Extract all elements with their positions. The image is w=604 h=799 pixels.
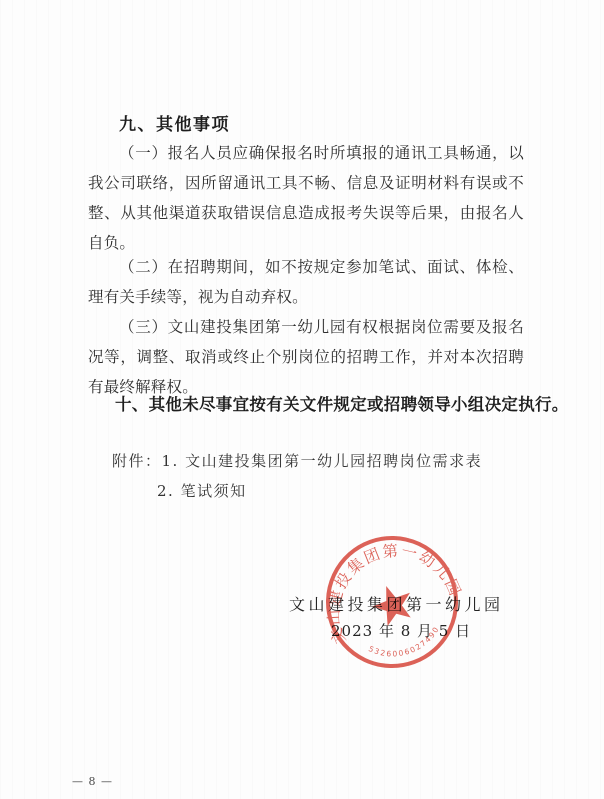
paragraph-three: （三）文山建投集团第一幼儿园有权根据岗位需要及报名情 况等，调整、取消或终止个别… [88, 312, 524, 402]
section-heading-ten: 十、其他未尽事宜按有关文件规定或招聘领导小组决定执行。 [115, 391, 569, 415]
section-heading-nine: 九、其他事项 [119, 110, 230, 135]
paragraph-two: （二）在招聘期间，如不按规定参加笔试、面试、体检、办 理有关手续等，视为自动弃权… [88, 252, 524, 312]
paragraph-three-line: （三）文山建投集团第一幼儿园有权根据岗位需要及报名情 [88, 312, 524, 342]
signature-date: 2023 年 8 月 5 日 [331, 620, 471, 641]
paragraph-one: （一）报名人员应确保报名时所填报的通讯工具畅通，以便 我公司联络，因所留通讯工具… [88, 138, 524, 258]
document-page: 九、其他事项 （一）报名人员应确保报名时所填报的通讯工具畅通，以便 我公司联络，… [0, 0, 604, 799]
page-number: — 8 — [72, 775, 113, 788]
attachment-item-2: 2. 笔试须知 [157, 480, 247, 501]
paragraph-one-line: 整、从其他渠道获取错误信息造成报考失误等后果，由报名人员 [88, 198, 524, 228]
paragraph-three-line: 况等，调整、取消或终止个别岗位的招聘工作，并对本次招聘享 [88, 342, 524, 372]
paragraph-one-line: （一）报名人员应确保报名时所填报的通讯工具畅通，以便 [88, 138, 524, 168]
paragraph-two-line: 理有关手续等，视为自动弃权。 [88, 282, 524, 312]
attachment-item-1: 附件：1. 文山建投集团第一幼儿园招聘岗位需求表 [112, 450, 482, 471]
paragraph-one-line: 我公司联络，因所留通讯工具不畅、信息及证明材料有误或不完 [88, 168, 524, 198]
paragraph-two-line: （二）在招聘期间，如不按规定参加笔试、面试、体检、办 [88, 252, 524, 282]
signature-organization: 文山建投集团第一幼儿园 [289, 592, 504, 615]
